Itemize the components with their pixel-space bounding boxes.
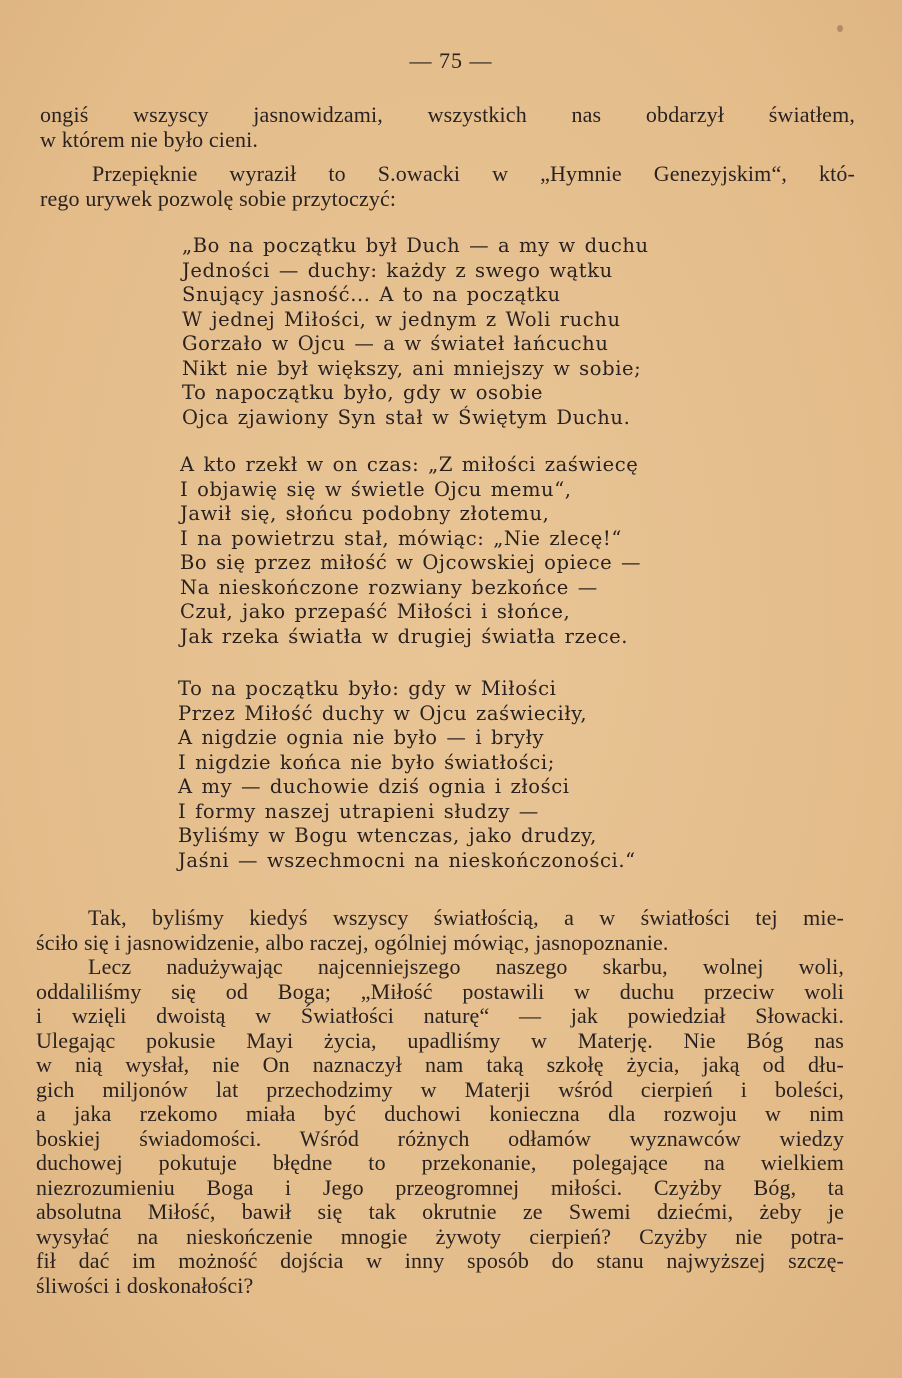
text-line: gich miljonów lat przechodzimy w Materji… bbox=[36, 1078, 844, 1103]
verse-line: Jedności — duchy: każdy z swego wątku bbox=[182, 259, 649, 284]
text-line: rego urywek pozwolę sobie przytoczyć: bbox=[40, 187, 855, 212]
poem-stanza-3: To na początku było: gdy w Miłości Przez… bbox=[178, 677, 636, 873]
verse-line: To na początku było: gdy w Miłości bbox=[178, 677, 636, 702]
verse-line: Byliśmy w Bogu wtenczas, jako drudzy, bbox=[178, 824, 636, 849]
text-line: ongiś wszyscy jasnowidzami, wszystkich n… bbox=[40, 103, 855, 128]
poem-stanza-1: „Bo na początku był Duch — a my w duchu … bbox=[182, 234, 649, 430]
verse-line: Czuł, jako przepaść Miłości i słońce, bbox=[180, 600, 641, 625]
text-line: fił dać im możność dojścia w inny sposób… bbox=[36, 1249, 844, 1274]
verse-line: A kto rzekł w on czas: „Z miłości zaświe… bbox=[180, 453, 641, 478]
text-line: Przepięknie wyraził to S.owacki w „Hymni… bbox=[40, 162, 855, 187]
verse-line: A my — duchowie dziś ognia i złości bbox=[178, 775, 636, 800]
page-number: — 75 — bbox=[0, 48, 902, 74]
text-line: i wzięli dwoistą w Światłości naturę“ — … bbox=[36, 1004, 844, 1029]
text-line: śliwości i doskonałości? bbox=[36, 1274, 844, 1299]
verse-line: Przez Miłość duchy w Ojcu zaświeciły, bbox=[178, 702, 636, 727]
paragraph-intro-quote: Przepięknie wyraził to S.owacki w „Hymni… bbox=[40, 162, 855, 211]
verse-line: Bo się przez miłość w Ojcowskiej opiece … bbox=[180, 551, 641, 576]
verse-line: I objawię się w świetle Ojcu memu“, bbox=[180, 478, 641, 503]
paragraph-fall-into-matter: Lecz nadużywając najcenniejszego naszego… bbox=[36, 955, 844, 1298]
verse-line: Ojca zjawiony Syn stał w Świętym Duchu. bbox=[182, 406, 649, 431]
verse-line: A nigdzie ognia nie było — i bryły bbox=[178, 726, 636, 751]
text-line: a jaka rzekomo miała być duchowi koniecz… bbox=[36, 1102, 844, 1127]
text-line: niezrozumieniu Boga i Jego przeogromnej … bbox=[36, 1176, 844, 1201]
poem-stanza-2: A kto rzekł w on czas: „Z miłości zaświe… bbox=[180, 453, 641, 649]
text-line: w którem nie było cieni. bbox=[40, 128, 855, 153]
text-line: boskiej świadomości. Wśród różnych odłam… bbox=[36, 1127, 844, 1152]
verse-line: Na nieskończone rozwiany bezkońce — bbox=[180, 576, 641, 601]
text-line: Tak, byliśmy kiedyś wszyscy światłością,… bbox=[36, 906, 844, 931]
verse-line: Nikt nie był większy, ani mniejszy w sob… bbox=[182, 357, 649, 382]
text-line: w nią wysłał, nie On naznaczył nam taką … bbox=[36, 1053, 844, 1078]
verse-line: „Bo na początku był Duch — a my w duchu bbox=[182, 234, 649, 259]
verse-line: W jednej Miłości, w jednym z Woli ruchu bbox=[182, 308, 649, 333]
verse-line: Jak rzeka światła w drugiej światła rzec… bbox=[180, 625, 641, 650]
paragraph-continuation: ongiś wszyscy jasnowidzami, wszystkich n… bbox=[40, 103, 855, 152]
verse-line: To napoczątku było, gdy w osobie bbox=[182, 381, 649, 406]
verse-line: I na powietrzu stał, mówiąc: „Nie zlecę!… bbox=[180, 527, 641, 552]
text-line: duchowej pokutuje błędne to przekonanie,… bbox=[36, 1151, 844, 1176]
verse-line: Jaśni — wszechmocni na nieskończoności.“ bbox=[178, 849, 636, 874]
page-speck bbox=[837, 25, 843, 32]
text-line: ściło się i jasnowidzenie, albo raczej, … bbox=[36, 931, 844, 956]
verse-line: I nigdzie końca nie było światłości; bbox=[178, 751, 636, 776]
paragraph-light: Tak, byliśmy kiedyś wszyscy światłością,… bbox=[36, 906, 844, 955]
verse-line: Jawił się, słońcu podobny złotemu, bbox=[180, 502, 641, 527]
text-line: Lecz nadużywając najcenniejszego naszego… bbox=[36, 955, 844, 980]
text-line: oddaliliśmy się od Boga; „Miłość postawi… bbox=[36, 980, 844, 1005]
verse-line: Gorzało w Ojcu — a w świateł łańcuchu bbox=[182, 332, 649, 357]
text-line: Ulegając pokusie Mayi życia, upadliśmy w… bbox=[36, 1029, 844, 1054]
verse-line: I formy naszej utrapieni słudzy — bbox=[178, 800, 636, 825]
verse-line: Snujący jasność... A to na początku bbox=[182, 283, 649, 308]
text-line: absolutna Miłość, bawił się tak okrutnie… bbox=[36, 1200, 844, 1225]
text-line: wysyłać na nieskończenie mnogie żywoty c… bbox=[36, 1225, 844, 1250]
